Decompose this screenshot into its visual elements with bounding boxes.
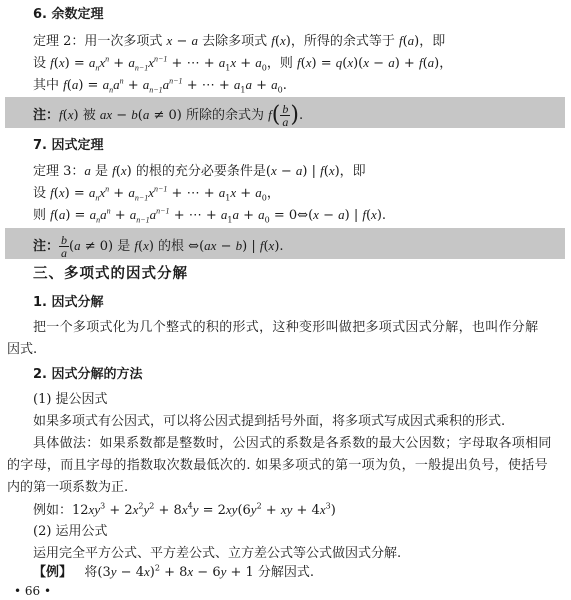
subsection-1-para-line1: 把一个多项式化为几个整式的积的形式，这种变形叫做把多项式因式分解，也叫作分解 (33, 319, 538, 337)
note-remainder-text: 注：f(x) 被 ax − b(a ≠ 0) 所除的余式为 f(ba). (33, 103, 303, 128)
page-number: • 66 • (14, 582, 51, 600)
method-1-title: (1) 提公因式 (33, 391, 108, 409)
subsection-1-title: 1. 因式分解 (33, 294, 104, 312)
note-box-factor: 注：ba(a ≠ 0) 是 f(x) 的根 ⇔(ax − b) | f(x). (5, 228, 565, 259)
method-1-para: 如果多项式有公因式，可以将公因式提到括号外面，将多项式写成因式乘积的形式. (33, 413, 505, 431)
section-6-title: 6. 余数定理 (33, 6, 104, 24)
method-1-detail-line2: 的字母，而且字母的指数取次数最低次的. 如果多项式的第一项为负，一般提出负号，使… (7, 457, 548, 475)
method-1-detail-line1: 具体做法：如果系数都是整数时，公因式的系数是各系数的最大公因数；字母取各项相同 (33, 435, 552, 453)
theorem-2-where-line: 其中 f(a) = anan + an−1an−1 + ⋯ + a1a + a0… (33, 76, 287, 95)
theorem-2-line: 定理 2：用一次多项式 x − a 去除多项式 f(x)，所得的余式等于 f(a… (33, 32, 445, 51)
theorem-3-then-line: 则 f(a) = anan + an−1an−1 + ⋯ + a1a + a0 … (33, 206, 386, 225)
example-label: 【例】 (33, 565, 72, 580)
chapter-3-title: 三、多项式的因式分解 (33, 265, 188, 283)
theorem-3-set-line: 设 f(x) = anxn + an−1xn−1 + ⋯ + a1x + a0， (33, 184, 280, 203)
section-7-title: 7. 因式定理 (33, 137, 104, 155)
note-box-remainder: 注：f(x) 被 ax − b(a ≠ 0) 所除的余式为 f(ba). (5, 97, 565, 128)
method-1-detail-line3: 内的第一项系数为正. (7, 479, 128, 497)
method-1-example: 例如：12xy3 + 2x2y2 + 8x4y = 2xy(6y2 + xy +… (33, 501, 336, 520)
subsection-2-title: 2. 因式分解的方法 (33, 366, 143, 384)
example-line: 【例】 将(3y − 4x)2 + 8x − 6y + 1 分解因式. (33, 563, 314, 582)
method-2-para: 运用完全平方公式、平方差公式、立方差公式等公式做因式分解. (33, 545, 401, 563)
note-factor-text: 注：ba(a ≠ 0) 是 f(x) 的根 ⇔(ax − b) | f(x). (33, 234, 284, 259)
theorem-3-line: 定理 3：a 是 f(x) 的根的充分必要条件是(x − a) | f(x)，即 (33, 162, 366, 181)
subsection-1-para-line2: 因式. (7, 341, 37, 359)
method-2-title: (2) 运用公式 (33, 523, 108, 541)
theorem-2-set-line: 设 f(x) = anxn + an−1xn−1 + ⋯ + a1x + a0，… (33, 54, 452, 73)
